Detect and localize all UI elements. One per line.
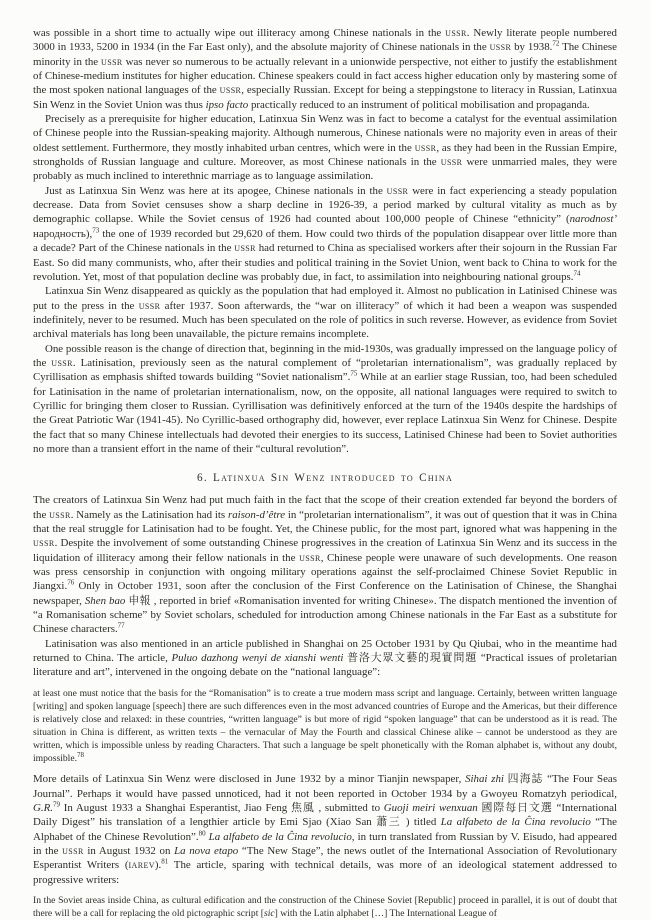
text-run: USSR — [387, 185, 409, 197]
text-run: La nova etapo — [174, 845, 238, 857]
text-run: Sihai zhi — [465, 773, 504, 785]
text-run: USSR — [220, 84, 242, 96]
footnote-marker: 74 — [574, 269, 581, 277]
footnote-marker: 78 — [77, 751, 84, 759]
text-run: Puluo dazhong wenyi de xianshi wenti — [171, 652, 343, 664]
text-run: USSR — [490, 41, 512, 53]
text-run: USSR — [62, 845, 84, 857]
text-run: ipso facto — [206, 99, 249, 111]
text-run: USSR — [49, 509, 71, 521]
text-run: IAREV — [128, 859, 154, 871]
text-run: народность), — [33, 228, 92, 240]
text-run: raison-d’être — [228, 509, 285, 521]
page-text: was possible in a short time to actually… — [33, 26, 617, 920]
text-run: In August 1933 a Shanghai Esperantist, J… — [60, 802, 384, 814]
paragraph: One possible reason is the change of dir… — [33, 342, 617, 457]
paragraph: Latinisation was also mentioned in an ar… — [33, 637, 617, 680]
text-run: USSR — [51, 357, 73, 369]
text-run: G.R. — [33, 802, 53, 814]
paragraph: The creators of Latinxua Sin Wenz had pu… — [33, 493, 617, 636]
text-run: practically reduced to an instrument of … — [248, 99, 589, 111]
document-page: was possible in a short time to actually… — [0, 0, 650, 920]
paragraph: Just as Latinxua Sin Wenz was here at it… — [33, 184, 617, 284]
footnote-marker: 77 — [118, 622, 125, 630]
text-run: 6. Latinxua Sin Wenz introduced to China — [197, 472, 453, 484]
text-run: USSR — [299, 552, 321, 564]
text-run: sic — [264, 908, 275, 919]
block-quote: In the Soviet areas inside China, as cul… — [33, 894, 617, 920]
text-run: More details of Latinxua Sin Wenz were d… — [33, 773, 465, 785]
text-run: at least one must notice that the basis … — [33, 688, 617, 764]
paragraph: More details of Latinxua Sin Wenz were d… — [33, 772, 617, 887]
text-run: in August 1932 on — [84, 845, 174, 857]
text-run: ] with the Latin alphabet […] The Intern… — [275, 908, 497, 919]
text-run: La alfabeto de la Ĉina revolucio — [441, 816, 591, 828]
footnote-marker: 80 — [199, 829, 206, 837]
block-quote: at least one must notice that the basis … — [33, 687, 617, 766]
text-run: While at an earlier stage Russian, too, … — [33, 371, 617, 455]
paragraph: Latinxua Sin Wenz disappeared as quickly… — [33, 284, 617, 341]
text-run: USSR — [445, 27, 467, 39]
text-run: USSR — [139, 300, 161, 312]
text-run: by 1938. — [511, 41, 552, 53]
text-run: . Namely as the Latinisation had its — [71, 509, 228, 521]
text-run: Just as Latinxua Sin Wenz was here at it… — [45, 185, 387, 197]
paragraph: was possible in a short time to actually… — [33, 26, 617, 112]
text-run: La alfabeto de la Ĉina revolucio — [209, 831, 352, 843]
text-run: USSR — [415, 142, 437, 154]
text-run: was possible in a short time to actually… — [33, 27, 445, 39]
text-run: Shen bao — [85, 595, 126, 607]
text-run: USSR — [234, 242, 256, 254]
paragraph: Precisely as a prerequisite for higher e… — [33, 112, 617, 184]
text-run: USSR — [33, 537, 55, 549]
text-run: narodnost’ — [570, 213, 617, 225]
section-heading: 6. Latinxua Sin Wenz introduced to China — [33, 472, 617, 484]
text-run: USSR — [441, 156, 463, 168]
text-run: USSR — [101, 56, 123, 68]
footnote-marker: 79 — [53, 800, 60, 808]
text-run: Guoji meiri wenxuan — [384, 802, 478, 814]
